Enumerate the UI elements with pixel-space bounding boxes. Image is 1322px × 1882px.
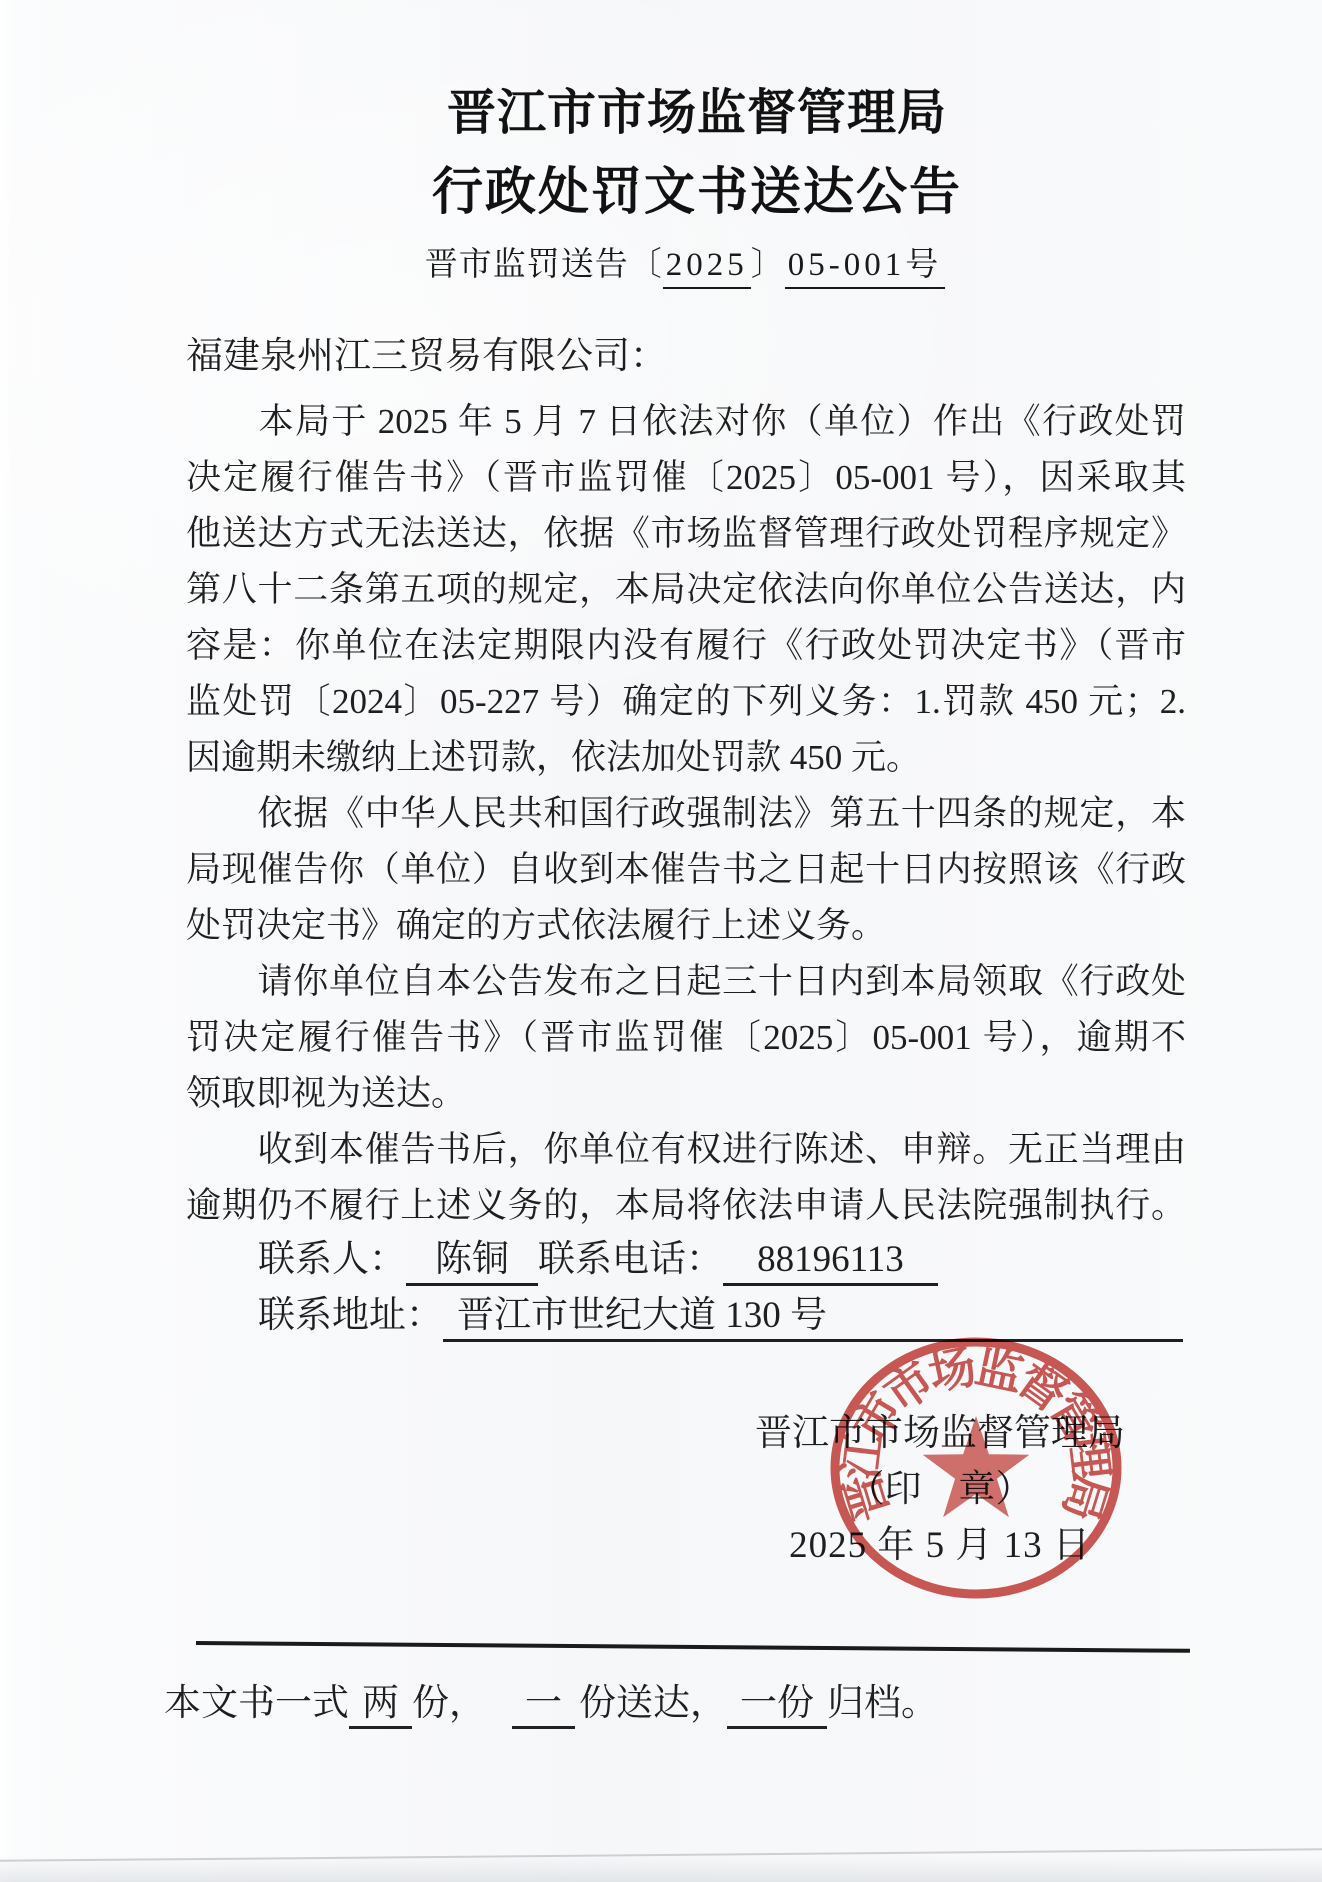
body-line: 请你单位自本公告发布之日起三十日内到本局领取《行政处 — [186, 954, 1186, 1010]
body-line: 局现催告你（单位）自收到本催告书之日起十日内按照该《行政 — [186, 842, 1186, 898]
contact-address-label: 联系地址： — [258, 1295, 443, 1336]
body-line: 决定履行催告书》（晋市监罚催〔2025〕05-001 号），因采取其 — [186, 450, 1186, 506]
contact-person-row: 联系人：陈铜联系电话：88196113 — [186, 1234, 938, 1290]
footer-copies-suffix: 份， — [412, 1683, 486, 1724]
body-line: 他送达方式无法送达，依据《市场监督管理行政处罚程序规定》 — [186, 506, 1186, 562]
footer-deliver-suffix: 份送达， — [579, 1683, 727, 1724]
body-line: 逾期仍不履行上述义务的，本局将依法申请人民法院强制执行。 — [186, 1178, 1186, 1234]
title-agency: 晋江市市场监督管理局 — [36, 84, 1322, 142]
footer-separator-line — [196, 1641, 1190, 1653]
svg-text:监: 监 — [971, 1341, 1028, 1402]
body-text: 本局于 2025 年 5 月 7 日依法对你（单位）作出《行政处罚 决定履行催告… — [186, 394, 1186, 1234]
signature-block: 晋江市市场监督管理局 （印 章） 2025 年 5 月 13 日 — [700, 1406, 1180, 1574]
body-line: 领取即视为送达。 — [186, 1066, 1186, 1122]
signature-date: 2025 年 5 月 13 日 — [700, 1518, 1180, 1574]
document-number: 晋市监罚送告〔2025〕05-001号 — [24, 238, 1322, 285]
scan-left-edge — [0, 0, 14, 1882]
contact-phone-label: 联系电话： — [538, 1239, 723, 1280]
recipient-name: 福建泉州江三贸易有限公司： — [186, 334, 667, 380]
footer-deliver-count: 一 — [512, 1682, 575, 1729]
footer-copies-count: 两 — [349, 1682, 412, 1729]
footer-archive-count: 一份 — [727, 1682, 827, 1729]
body-line: 容是：你单位在法定期限内没有履行《行政处罚决定书》（晋市 — [186, 618, 1186, 674]
body-line: 依据《中华人民共和国行政强制法》第五十四条的规定，本 — [186, 786, 1186, 842]
document-title-block: 晋江市市场监督管理局 行政处罚文书送达公告 — [36, 84, 1322, 222]
body-line: 监处罚〔2024〕05-227 号）确定的下列义务：1.罚款 450 元；2. — [186, 674, 1186, 730]
signature-seal-note: （印 章） — [700, 1462, 1180, 1518]
body-line: 罚决定履行催告书》（晋市监罚催〔2025〕05-001 号），逾期不 — [186, 1010, 1186, 1066]
footer-copies-note: 本文书一式两份，一份送达，一份归档。 — [164, 1678, 938, 1730]
contact-person-value: 陈铜 — [406, 1237, 538, 1286]
footer-prefix: 本文书一式 — [164, 1683, 349, 1724]
contact-address-value: 晋江市世纪大道 130 号 — [443, 1293, 1183, 1342]
document-number-year: 2025 — [663, 247, 751, 289]
document-number-bracket: 〕 — [751, 247, 785, 283]
body-line: 第八十二条第五项的规定，本局决定依法向你单位公告送达，内 — [186, 562, 1186, 618]
contact-person-label: 联系人： — [258, 1239, 406, 1280]
footer-archive-suffix: 归档。 — [827, 1683, 938, 1724]
body-line: 收到本催告书后，你单位有权进行陈述、申辩。无正当理由 — [186, 1122, 1186, 1178]
title-notice-type: 行政处罚文书送达公告 — [36, 164, 1322, 222]
body-line: 因逾期未缴纳上述罚款，依法加处罚款 450 元。 — [186, 730, 1186, 786]
contact-phone-value: 88196113 — [723, 1237, 938, 1286]
signature-agency: 晋江市市场监督管理局 — [700, 1406, 1180, 1462]
scan-bottom-shade — [0, 1856, 1322, 1882]
contact-address-row: 联系地址：晋江市世纪大道 130 号 — [186, 1290, 1183, 1346]
svg-text:场: 场 — [924, 1341, 981, 1402]
body-line: 本局于 2025 年 5 月 7 日依法对你（单位）作出《行政处罚 — [186, 394, 1186, 450]
body-line: 处罚决定书》确定的方式依法履行上述义务。 — [186, 898, 1186, 954]
document-number-prefix: 晋市监罚送告〔 — [425, 247, 663, 283]
document-number-serial: 05-001号 — [785, 247, 946, 289]
scanned-document-page: 晋江市市场监督管理局 行政处罚文书送达公告 晋市监罚送告〔2025〕05-001… — [0, 0, 1322, 1882]
